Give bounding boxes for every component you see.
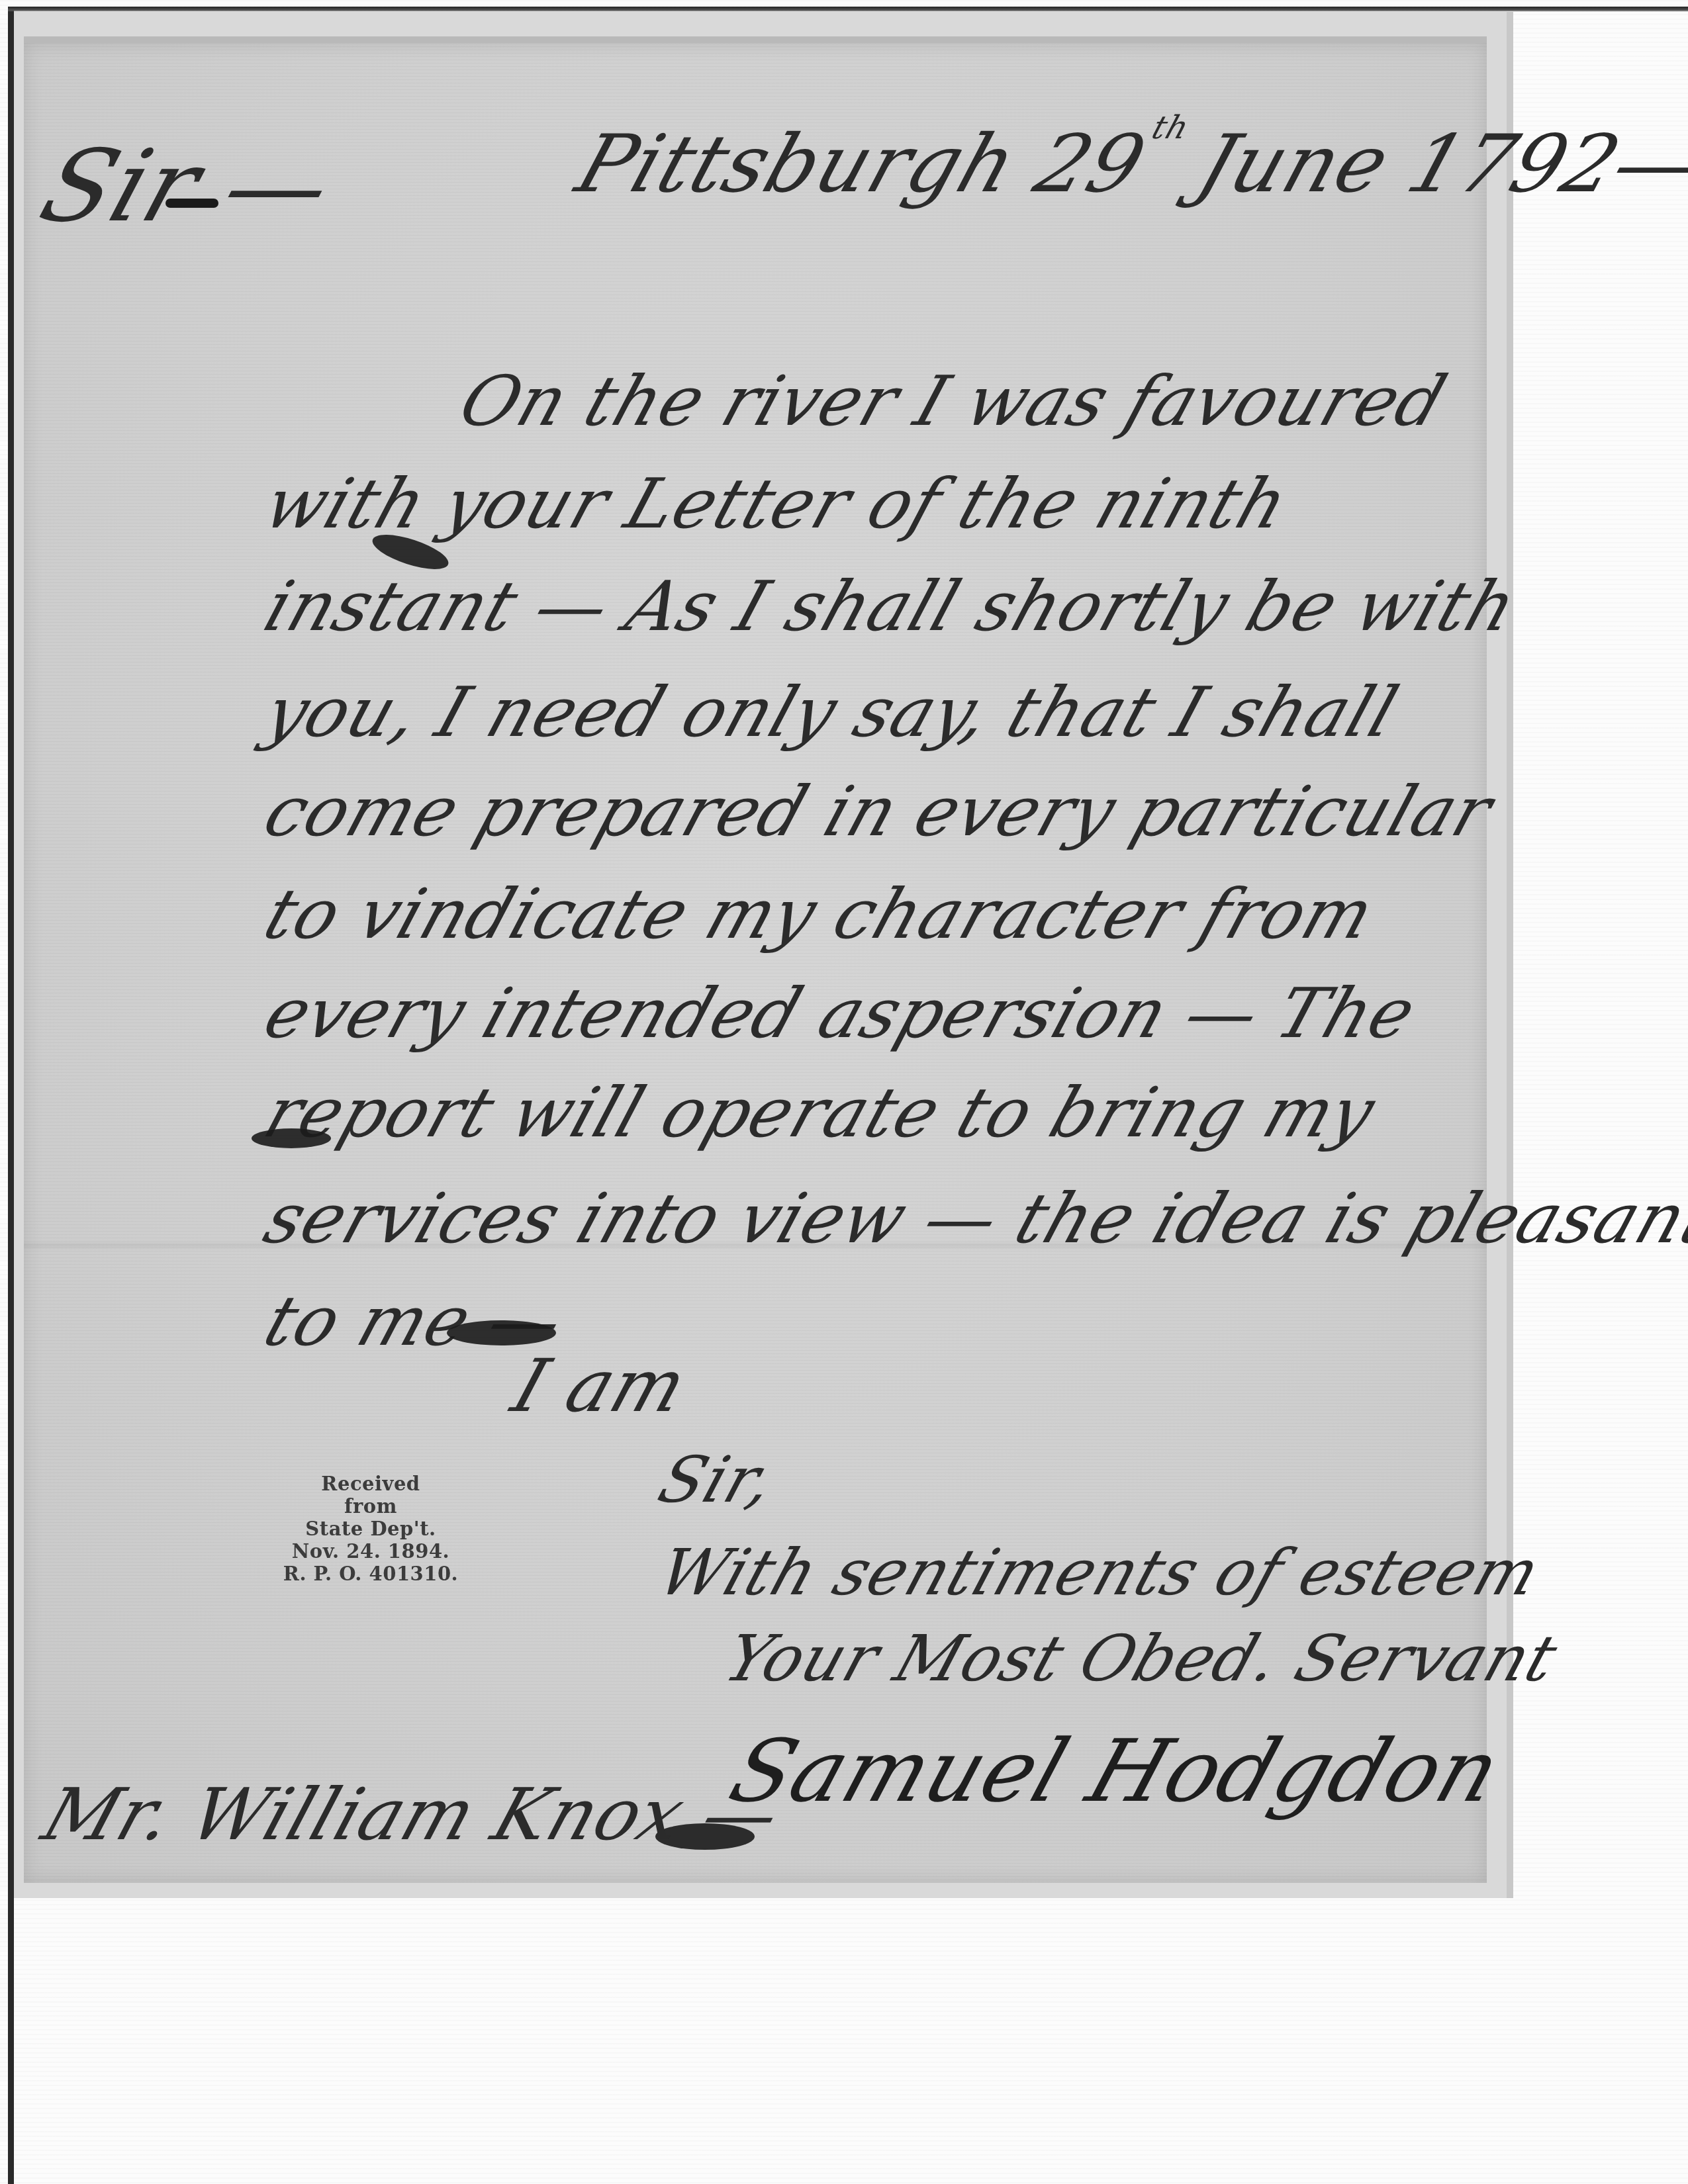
addressee: Mr. William Knox — xyxy=(33,1774,791,1856)
body-line: every intended aspersion — The xyxy=(255,973,1426,1054)
dateline-place: Pittsburgh xyxy=(566,118,1028,210)
closing-esteem: With sentiments of esteem xyxy=(650,1535,1549,1610)
ink-blot xyxy=(252,1128,331,1148)
body-line: with your Letter of the ninth xyxy=(255,463,1298,544)
scan-top-edge xyxy=(8,7,1688,12)
body-line: services into view — the idea is pleasan… xyxy=(255,1178,1688,1259)
closing-i-am: I am xyxy=(502,1343,697,1428)
signature: Samuel Hodgdon xyxy=(718,1721,1513,1821)
salutation-dash xyxy=(165,199,218,208)
dateline-year: 1792 xyxy=(1397,118,1632,210)
body-line: come prepared in every particular xyxy=(255,771,1502,852)
stamp-line: R. P. O. 401310. xyxy=(252,1563,490,1585)
scan-left-edge xyxy=(8,7,14,2184)
body-line: On the river I was favoured xyxy=(450,361,1456,441)
dateline-month: June xyxy=(1187,118,1401,210)
closing-servant: Your Most Obed. Servant xyxy=(716,1621,1567,1696)
salutation: Sir — xyxy=(28,129,347,244)
body-line: instant — As I shall shortly be with xyxy=(255,566,1526,647)
body-line: to vindicate my character from xyxy=(255,874,1384,954)
body-line: report will operate to bring my xyxy=(255,1072,1385,1153)
ink-blot xyxy=(447,1320,556,1345)
stamp-line: State Dep't. xyxy=(252,1518,490,1540)
dateline: Pittsburgh 29th June 1792— xyxy=(566,109,1688,210)
body-line: you, I need only say, that I shall xyxy=(255,672,1408,752)
received-stamp: Received from State Dep't. Nov. 24. 1894… xyxy=(252,1473,490,1585)
stamp-line: Nov. 24. 1894. xyxy=(252,1540,490,1563)
stamp-line: Received xyxy=(252,1473,490,1495)
dateline-day: 29th xyxy=(1024,118,1191,210)
stamp-line: from xyxy=(252,1495,490,1518)
